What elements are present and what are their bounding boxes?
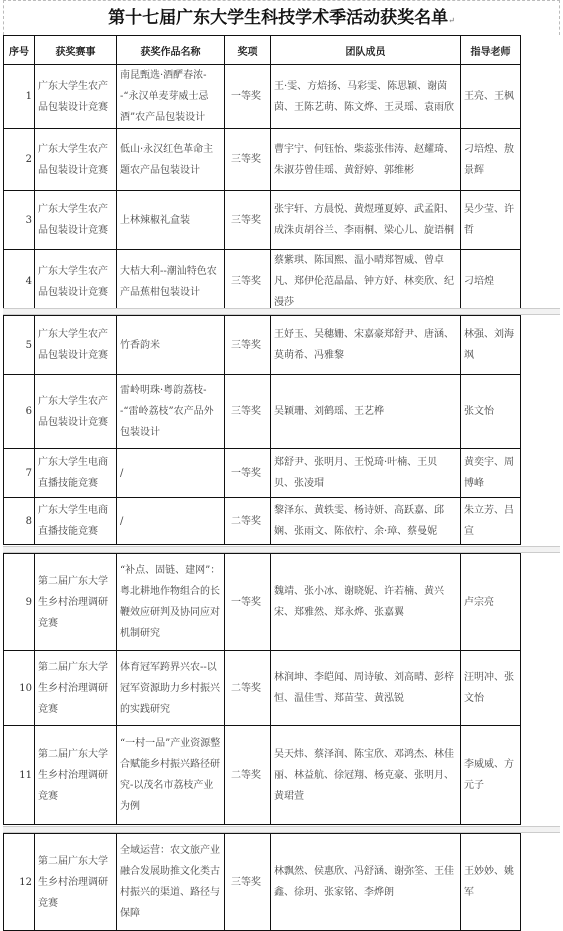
table-row: 7 广东大学生电商直播技能竞赛 / 一等奖 郑舒尹、张明月、王悦琦·叶楠、王贝贝… bbox=[4, 449, 521, 498]
table-row: 3 广东大学生农产品包装设计竞赛 上林辣椒礼盒装 三等奖 张宇轩、方晨悦、黄煜瑾… bbox=[4, 191, 521, 250]
row-competition: 广东大学生农产品包装设计竞赛 bbox=[35, 191, 117, 250]
row-members: 吴颖珊、刘鹤瑶、王艺桦 bbox=[271, 375, 461, 449]
row-index: 1 bbox=[4, 65, 35, 129]
row-advisor: 王亮、王枫 bbox=[461, 65, 521, 129]
row-work: 体育冠军跨界兴农--以冠军资源助力乡村振兴的实践研究 bbox=[117, 651, 225, 726]
row-award: 二等奖 bbox=[225, 498, 271, 545]
row-index: 12 bbox=[4, 834, 35, 931]
row-work: 南昆甄选·酒酽春浓--“永汉单麦芽威士忌酒”农产品包装设计 bbox=[117, 65, 225, 129]
row-index: 8 bbox=[4, 498, 35, 545]
row-members: 吴天炜、蔡泽润、陈宝欣、邓鸿杰、林佳丽、林益航、徐冠翔、杨克豪、张明月、黄珺萱 bbox=[271, 726, 461, 825]
table-row: 11 第二届广东大学生乡村治理调研竞赛 “一村一品”产业资源整合赋能乡村振兴路径… bbox=[4, 726, 521, 825]
row-index: 11 bbox=[4, 726, 35, 825]
header-work: 获奖作品名称 bbox=[117, 36, 225, 65]
page-break-separator bbox=[3, 546, 560, 553]
awards-table-part-3: 9 第二届广东大学生乡村治理调研竞赛 “补点、固链、建网”：粤北耕地作物组合的长… bbox=[3, 553, 521, 825]
awards-table-part-2: 5 广东大学生农产品包装设计竞赛 竹香韵米 三等奖 王妤玉、吴穗姗、宋嘉豪郑舒尹… bbox=[3, 315, 521, 545]
table-row: 1 广东大学生农产品包装设计竞赛 南昆甄选·酒酽春浓--“永汉单麦芽威士忌酒”农… bbox=[4, 65, 521, 129]
header-members: 团队成员 bbox=[271, 36, 461, 65]
table-row: 9 第二届广东大学生乡村治理调研竞赛 “补点、固链、建网”：粤北耕地作物组合的长… bbox=[4, 554, 521, 651]
row-advisor: 林强、刘海飒 bbox=[461, 316, 521, 375]
row-advisor: 张文怡 bbox=[461, 375, 521, 449]
row-members: 郑舒尹、张明月、王悦琦·叶楠、王贝贝、张凌瑁 bbox=[271, 449, 461, 498]
row-index: 2 bbox=[4, 129, 35, 191]
row-award: 一等奖 bbox=[225, 554, 271, 651]
row-members: 林润坤、李皑闻、周诗敏、刘高晴、彭梓恒、温佳雪、郑苗莹、黄泓锐 bbox=[271, 651, 461, 726]
paragraph-mark: ↵ bbox=[448, 16, 455, 25]
row-work: 雷岭明珠·粤韵荔枝--“雷岭荔枝”农产品外包装设计 bbox=[117, 375, 225, 449]
row-award: 三等奖 bbox=[225, 191, 271, 250]
row-index: 3 bbox=[4, 191, 35, 250]
table-row: 12 第二届广东大学生乡村治理调研竞赛 全域运营：农文旅产业融合发展助推文化类古… bbox=[4, 834, 521, 931]
awards-table-part-1: 序号 获奖赛事 获奖作品名称 奖项 团队成员 指导老师 1 广东大学生农产品包装… bbox=[3, 35, 521, 314]
row-competition: 广东大学生农产品包装设计竞赛 bbox=[35, 250, 117, 314]
row-competition: 第二届广东大学生乡村治理调研竞赛 bbox=[35, 651, 117, 726]
row-index: 4 bbox=[4, 250, 35, 314]
row-advisor: 刁培煌、敖景辉 bbox=[461, 129, 521, 191]
row-competition: 第二届广东大学生乡村治理调研竞赛 bbox=[35, 834, 117, 931]
row-award: 二等奖 bbox=[225, 726, 271, 825]
header-competition: 获奖赛事 bbox=[35, 36, 117, 65]
row-work: 低山·永汉红色革命主题农产品包装设计 bbox=[117, 129, 225, 191]
page-break-separator bbox=[3, 826, 560, 833]
row-work: “一村一品”产业资源整合赋能乡村振兴路径研究-以茂名市荔枝产业为例 bbox=[117, 726, 225, 825]
row-work: “补点、固链、建网”：粤北耕地作物组合的长鞭效应研判及协同应对机制研究 bbox=[117, 554, 225, 651]
table-row: 5 广东大学生农产品包装设计竞赛 竹香韵米 三等奖 王妤玉、吴穗姗、宋嘉豪郑舒尹… bbox=[4, 316, 521, 375]
row-award: 三等奖 bbox=[225, 250, 271, 314]
row-competition: 广东大学生农产品包装设计竞赛 bbox=[35, 375, 117, 449]
row-members: 魏靖、张小冰、谢晓妮、许若楠、黄兴宋、郑雅然、郑永烨、张嘉翼 bbox=[271, 554, 461, 651]
row-work: 全域运营：农文旅产业融合发展助推文化类古村振兴的渠道、路径与保障 bbox=[117, 834, 225, 931]
row-members: 蔡紫琪、陈国熙、温小晴郑智威、曾卓凡、郑伊伦范晶晶、钟方妤、林奕欣、纪漫莎 bbox=[271, 250, 461, 314]
row-index: 5 bbox=[4, 316, 35, 375]
row-award: 一等奖 bbox=[225, 449, 271, 498]
row-advisor: 吴少莹、许哲 bbox=[461, 191, 521, 250]
table-row: 2 广东大学生农产品包装设计竞赛 低山·永汉红色革命主题农产品包装设计 三等奖 … bbox=[4, 129, 521, 191]
header-advisor: 指导老师 bbox=[461, 36, 521, 65]
row-work: 上林辣椒礼盒装 bbox=[117, 191, 225, 250]
row-advisor: 朱立芳、吕宣 bbox=[461, 498, 521, 545]
row-members: 曹宇宁、何钰怡、柴蕊张伟涛、赵耀琦、朱淑芬曾佳瑶、黄舒婷、郭维彬 bbox=[271, 129, 461, 191]
row-members: 王妤玉、吴穗姗、宋嘉豪郑舒尹、唐涵、莫萌希、冯雅黎 bbox=[271, 316, 461, 375]
title-row: 第十七届广东大学生科技学术季活动获奖名单↵ bbox=[3, 0, 560, 35]
row-advisor: 刁培煌 bbox=[461, 250, 521, 314]
row-work: / bbox=[117, 498, 225, 545]
header-index: 序号 bbox=[4, 36, 35, 65]
row-advisor: 黄奕宇、周博峰 bbox=[461, 449, 521, 498]
row-competition: 广东大学生电商直播技能竞赛 bbox=[35, 449, 117, 498]
row-competition: 广东大学生农产品包装设计竞赛 bbox=[35, 65, 117, 129]
row-work: / bbox=[117, 449, 225, 498]
row-work: 竹香韵米 bbox=[117, 316, 225, 375]
row-index: 10 bbox=[4, 651, 35, 726]
table-row: 6 广东大学生农产品包装设计竞赛 雷岭明珠·粤韵荔枝--“雷岭荔枝”农产品外包装… bbox=[4, 375, 521, 449]
row-award: 三等奖 bbox=[225, 375, 271, 449]
row-award: 三等奖 bbox=[225, 129, 271, 191]
table-header-row: 序号 获奖赛事 获奖作品名称 奖项 团队成员 指导老师 bbox=[4, 36, 521, 65]
row-index: 7 bbox=[4, 449, 35, 498]
row-advisor: 汪明冲、张文怡 bbox=[461, 651, 521, 726]
row-award: 三等奖 bbox=[225, 834, 271, 931]
awards-table-part-4: 12 第二届广东大学生乡村治理调研竞赛 全域运营：农文旅产业融合发展助推文化类古… bbox=[3, 833, 521, 931]
header-award: 奖项 bbox=[225, 36, 271, 65]
row-competition: 广东大学生农产品包装设计竞赛 bbox=[35, 316, 117, 375]
row-advisor: 王妙妙、姚军 bbox=[461, 834, 521, 931]
row-index: 9 bbox=[4, 554, 35, 651]
table-row: 4 广东大学生农产品包装设计竞赛 大桔大利--潮汕特色农产品蕉柑包装设计 三等奖… bbox=[4, 250, 521, 314]
row-members: 林飘然、侯惠欣、冯舒涵、谢弥筌、王佳鑫、徐玥、张家铭、李烨朗 bbox=[271, 834, 461, 931]
table-row: 8 广东大学生电商直播技能竞赛 / 二等奖 黎泽东、黄轶雯、杨诗妍、高跃嘉、邱娴… bbox=[4, 498, 521, 545]
row-award: 三等奖 bbox=[225, 316, 271, 375]
row-index: 6 bbox=[4, 375, 35, 449]
row-work: 大桔大利--潮汕特色农产品蕉柑包装设计 bbox=[117, 250, 225, 314]
row-competition: 第二届广东大学生乡村治理调研竞赛 bbox=[35, 554, 117, 651]
row-members: 张宇轩、方晨悦、黄煜瑾夏婷、武孟阳、成洙贞胡谷兰、李雨桐、梁心儿、旋语桐 bbox=[271, 191, 461, 250]
row-competition: 第二届广东大学生乡村治理调研竞赛 bbox=[35, 726, 117, 825]
row-advisor: 卢宗亮 bbox=[461, 554, 521, 651]
page-break-separator bbox=[3, 308, 560, 315]
page-title: 第十七届广东大学生科技学术季活动获奖名单 bbox=[108, 8, 448, 28]
row-members: 黎泽东、黄轶雯、杨诗妍、高跃嘉、邱娴、张雨文、陈依柠、余·璋、蔡曼妮 bbox=[271, 498, 461, 545]
row-competition: 广东大学生电商直播技能竞赛 bbox=[35, 498, 117, 545]
row-award: 二等奖 bbox=[225, 651, 271, 726]
row-advisor: 李威威、方元子 bbox=[461, 726, 521, 825]
table-row: 10 第二届广东大学生乡村治理调研竞赛 体育冠军跨界兴农--以冠军资源助力乡村振… bbox=[4, 651, 521, 726]
row-competition: 广东大学生农产品包装设计竞赛 bbox=[35, 129, 117, 191]
row-award: 一等奖 bbox=[225, 65, 271, 129]
row-members: 王·雯、方焙扬、马彩雯、陈思颖、谢茵茵、王陈艺萌、陈文烨、王灵瑶、袁雨欣 bbox=[271, 65, 461, 129]
